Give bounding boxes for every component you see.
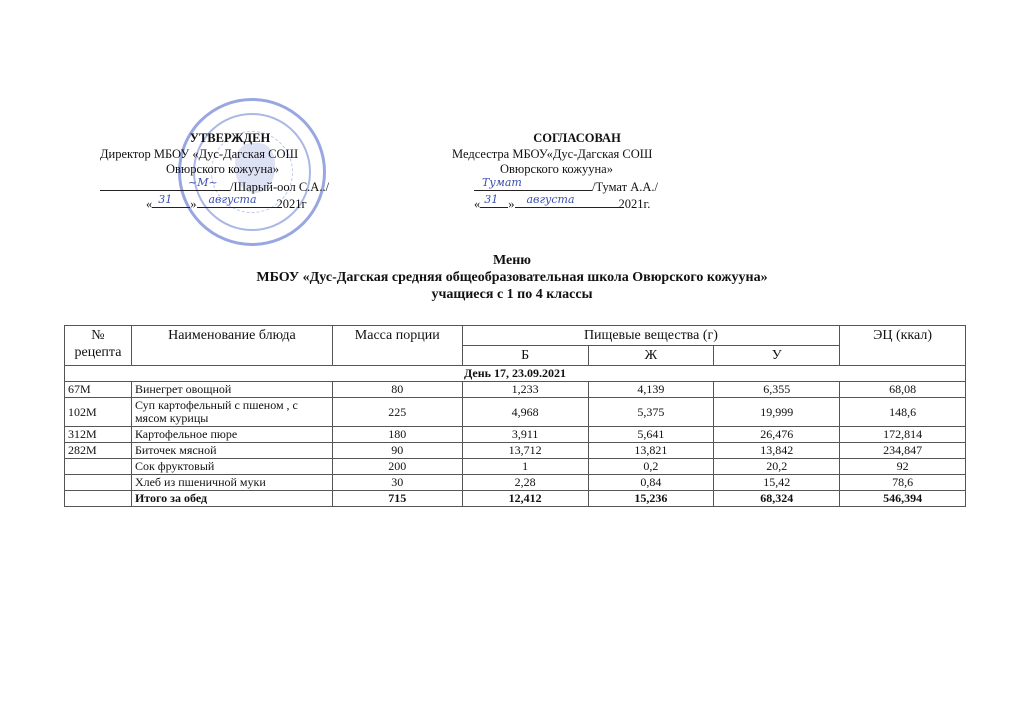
table-row: Сок фруктовый20010,220,292 <box>65 459 966 475</box>
cell-fat: 0,84 <box>588 475 714 491</box>
cell-fat: 5,641 <box>588 427 714 443</box>
cell-recipe-no: 102М <box>65 398 132 427</box>
handwritten-signature: ~M~ <box>188 175 218 191</box>
cell-carbs: 68,324 <box>714 491 840 507</box>
cell-carbs: 6,355 <box>714 382 840 398</box>
agreement-year: 2021г. <box>619 197 651 211</box>
agreement-signer-name: /Тумат А.А./ <box>592 180 658 194</box>
cell-carbs: 19,999 <box>714 398 840 427</box>
header-protein: Б <box>462 346 588 366</box>
cell-energy: 78,6 <box>840 475 966 491</box>
cell-protein: 12,412 <box>462 491 588 507</box>
cell-energy: 546,394 <box>840 491 966 507</box>
header-portion: Масса порции <box>332 326 462 366</box>
approval-date: «31»августа2021г <box>100 195 360 213</box>
approval-position: Директор МБОУ «Дус-Дагская СОШ <box>100 147 360 163</box>
table-row: Хлеб из пшеничной муки302,280,8415,4278,… <box>65 475 966 491</box>
cell-fat: 15,236 <box>588 491 714 507</box>
cell-portion: 30 <box>332 475 462 491</box>
menu-table: № рецепта Наименование блюда Масса порци… <box>64 325 966 507</box>
cell-portion: 715 <box>332 491 462 507</box>
cell-recipe-no <box>65 475 132 491</box>
cell-recipe-no: 312М <box>65 427 132 443</box>
table-row: 102МСуп картофельный с пшеном , с мясом … <box>65 398 966 427</box>
header-dish: Наименование блюда <box>131 326 332 366</box>
cell-dish-name: Биточек мясной <box>131 443 332 459</box>
cell-fat: 5,375 <box>588 398 714 427</box>
signature-field: ~M~ <box>100 178 230 191</box>
cell-recipe-no <box>65 459 132 475</box>
cell-portion: 180 <box>332 427 462 443</box>
cell-protein: 4,968 <box>462 398 588 427</box>
cell-fat: 13,821 <box>588 443 714 459</box>
day-label: День 17, 23.09.2021 <box>65 366 966 382</box>
cell-carbs: 20,2 <box>714 459 840 475</box>
header-carbs: У <box>714 346 840 366</box>
cell-fat: 0,2 <box>588 459 714 475</box>
cell-portion: 80 <box>332 382 462 398</box>
agreement-block: СОГЛАСОВАН Медсестра МБОУ«Дус-Дагская СО… <box>452 131 702 213</box>
header-recipe-no: № рецепта <box>65 326 132 366</box>
agreement-position: Медсестра МБОУ«Дус-Дагская СОШ <box>452 147 702 163</box>
cell-energy: 172,814 <box>840 427 966 443</box>
handwritten-signature: Тумат <box>482 175 522 191</box>
cell-dish-name: Картофельное пюре <box>131 427 332 443</box>
table-row: 282МБиточек мясной9013,71213,82113,84223… <box>65 443 966 459</box>
cell-energy: 234,847 <box>840 443 966 459</box>
cell-carbs: 13,842 <box>714 443 840 459</box>
header-nutrients: Пищевые вещества (г) <box>462 326 839 346</box>
cell-protein: 3,911 <box>462 427 588 443</box>
cell-recipe-no <box>65 491 132 507</box>
title-school: МБОУ «Дус-Дагская средняя общеобразовате… <box>0 269 1024 286</box>
cell-protein: 1,233 <box>462 382 588 398</box>
cell-dish-name: Винегрет овощной <box>131 382 332 398</box>
table-row: 312МКартофельное пюре1803,9115,64126,476… <box>65 427 966 443</box>
cell-recipe-no: 282М <box>65 443 132 459</box>
approval-heading: УТВЕРЖДЕН <box>100 131 360 147</box>
title-students: учащиеся с 1 по 4 классы <box>0 286 1024 303</box>
total-row: Итого за обед71512,41215,23668,324546,39… <box>65 491 966 507</box>
handwritten-month: августа <box>209 192 257 208</box>
cell-portion: 225 <box>332 398 462 427</box>
cell-carbs: 15,42 <box>714 475 840 491</box>
approval-block: УТВЕРЖДЕН Директор МБОУ «Дус-Дагская СОШ… <box>100 131 360 213</box>
cell-portion: 90 <box>332 443 462 459</box>
header-energy: ЭЦ (ккал) <box>840 326 966 366</box>
approval-year: 2021г <box>277 197 307 211</box>
header-fat: Ж <box>588 346 714 366</box>
cell-energy: 148,6 <box>840 398 966 427</box>
cell-dish-name: Хлеб из пшеничной муки <box>131 475 332 491</box>
agreement-date: «31»августа2021г. <box>452 195 702 213</box>
cell-dish-name: Итого за обед <box>131 491 332 507</box>
handwritten-month: августа <box>527 192 575 208</box>
cell-recipe-no: 67М <box>65 382 132 398</box>
cell-fat: 4,139 <box>588 382 714 398</box>
title-menu: Меню <box>0 252 1024 269</box>
handwritten-day: 31 <box>158 192 172 208</box>
cell-dish-name: Сок фруктовый <box>131 459 332 475</box>
cell-energy: 92 <box>840 459 966 475</box>
cell-protein: 13,712 <box>462 443 588 459</box>
cell-carbs: 26,476 <box>714 427 840 443</box>
cell-protein: 2,28 <box>462 475 588 491</box>
table-row: 67МВинегрет овощной801,2334,1396,35568,0… <box>65 382 966 398</box>
document-title: Меню МБОУ «Дус-Дагская средняя общеобраз… <box>0 252 1024 303</box>
agreement-heading: СОГЛАСОВАН <box>452 131 702 147</box>
approval-organization: Овюрского кожууна» <box>100 162 360 178</box>
handwritten-day: 31 <box>484 192 498 208</box>
cell-protein: 1 <box>462 459 588 475</box>
cell-portion: 200 <box>332 459 462 475</box>
cell-energy: 68,08 <box>840 382 966 398</box>
signature-field: Тумат <box>474 178 592 191</box>
cell-dish-name: Суп картофельный с пшеном , с мясом кури… <box>131 398 332 427</box>
